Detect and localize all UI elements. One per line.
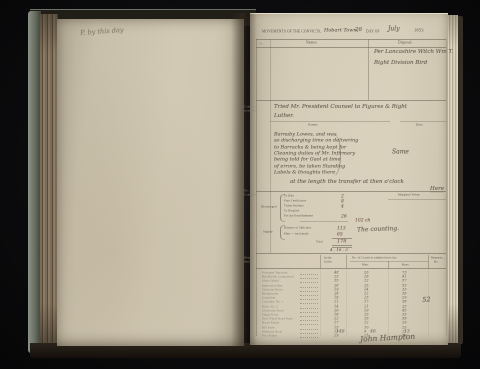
station-label: Glenorchy Road [262,309,284,312]
margin-numbers-label-1: No. of [244,189,252,192]
station-label: Fingal Party [262,313,278,316]
total-value: 178 [337,239,346,244]
boys-subheader: Boys. [402,263,410,266]
disposal-entry-text: Right Division Bird [374,60,427,66]
total-label: Total [316,240,323,243]
supply-item-value: 113 [337,226,346,230]
rule [300,221,348,222]
paragraph-side-note: Same [392,149,409,155]
supply-item-label: Balance of 26th inst. [284,226,312,229]
supply-item-value: 65 [337,232,343,236]
discharged-item-label: Ticket Holders [284,204,304,207]
paragraph-text: Barnaby Lowes, and was [274,132,336,137]
station-label: Cascades, No. 1 [262,300,283,303]
rule [256,253,446,254]
remarks-annotation: 52 [422,296,431,303]
supply-item-row: Men — total made 65 [0,232,480,238]
paragraph-text: Labels & thoughts there. [274,170,337,175]
station-value-men: 22 [364,279,369,283]
paragraph-line: Labels & thoughts there. [0,170,480,177]
station-value-gaol: 21 [334,300,339,304]
discharged-item-value: 26 [341,214,347,218]
date-subheader: Date. [416,123,423,126]
rule [270,121,390,122]
discharged-item-value: 8 [341,199,344,203]
discharged-item-label: To Hire [284,194,294,197]
form-place-script: Hobart Town, [324,28,358,33]
station-value-boys: 57 [402,279,407,283]
rule [256,39,446,40]
form-day-of-label: DAY OF [366,30,380,34]
discharged-item-row: For the Establishment 26 [0,214,480,219]
form-month-script: July [388,26,400,32]
table-divider [346,255,347,268]
discharged-item-value: 2 [341,194,344,198]
discharged-item-label: Free Certificates [284,199,306,202]
paragraph-text: so discharging time on delivering [274,138,358,143]
gaols-header-1: In the [324,256,332,259]
station-value-boys: 38 [402,300,407,304]
remarks-header-2: &c. [434,260,439,263]
form-day-script: 26 [355,27,362,33]
table-divider [428,255,429,268]
paragraph-closing-line: at the length the transfer at then o'clo… [290,179,404,185]
gaols-header-2: Gaols. [324,260,333,263]
station-value-men: 17 [364,300,369,304]
rule [256,268,446,269]
money-line: 4 . 18 . 3 [330,248,348,252]
table-total-1: 146 [336,329,345,333]
station-label: Ditto, No. 2 [262,305,278,308]
photographed-register-scan: P. by this day MOVEMENTS OF THE CONVICTS… [0,0,480,369]
margin-stations-label-2: bution. [244,260,253,263]
station-label: Westbury Road [262,330,282,333]
discharged-item-value: 4 [341,204,344,208]
paragraph-text: being told for Gaol at time [274,157,341,162]
margin-stations-label-1: Distri- [244,256,253,259]
station-value-boys: 29 [402,321,407,325]
discharged-item-label: To Hospital [284,209,299,212]
station-value-gaol: 35 [334,279,339,283]
mid-entry-line1: Tried Mr. President Counsel to Figures &… [274,104,407,110]
mid-entry-line2: Luther. [274,113,294,119]
station-label: Hill Party [262,326,275,329]
rule [332,245,352,246]
disposal-entry-line: Per Lancashire Witch Wm T. [0,49,480,57]
table-total-2: 46 [370,329,376,333]
remarks-header-1: Remarks, [431,256,443,259]
leader-dots [300,337,318,338]
discharged-item-label: For the Establishment [284,214,313,217]
disposal-entry-line: Right Division Bird [0,60,480,68]
station-value-men: 12 [364,321,369,325]
form-title: MOVEMENTS OF THE CONVICTS, [262,30,321,34]
margin-no-label: No. [259,42,264,45]
disposal-column-header: Disposal. [398,41,413,45]
group-header: No. of Convicts admitted into the [352,256,396,259]
table-divider [320,255,321,268]
form-year: 1853 [414,28,424,32]
names-column-header: Names. [306,41,318,45]
supply-item-label: Men — total made [284,232,309,235]
station-value-gaol: 29 [334,334,339,338]
margin-received-label-1: Convicts [244,105,256,108]
rule [256,100,446,101]
station-label: Impression Bay [262,284,283,287]
station-label: Saltwater River [262,288,283,291]
disposal-entry-text: Per Lancashire Witch Wm T. [374,49,453,55]
paragraph-text: Cleaning duties of Mr. Infirmary [274,151,355,156]
tally-scribble: 102 ch [355,218,370,222]
station-label: Prisoners' Barracks [262,271,288,274]
margin-received-label-2: received. [244,109,256,112]
men-subheader: Men. [362,263,369,266]
station-label: Maria Island [262,279,279,282]
station-label: Broad Marsh [262,321,279,324]
station-label: Bridgewater [262,292,278,295]
table-divider [388,261,389,268]
names-subheader: Names. [308,123,318,126]
station-value-gaol: 17 [334,321,339,325]
station-label: Port Arthur [262,334,277,337]
